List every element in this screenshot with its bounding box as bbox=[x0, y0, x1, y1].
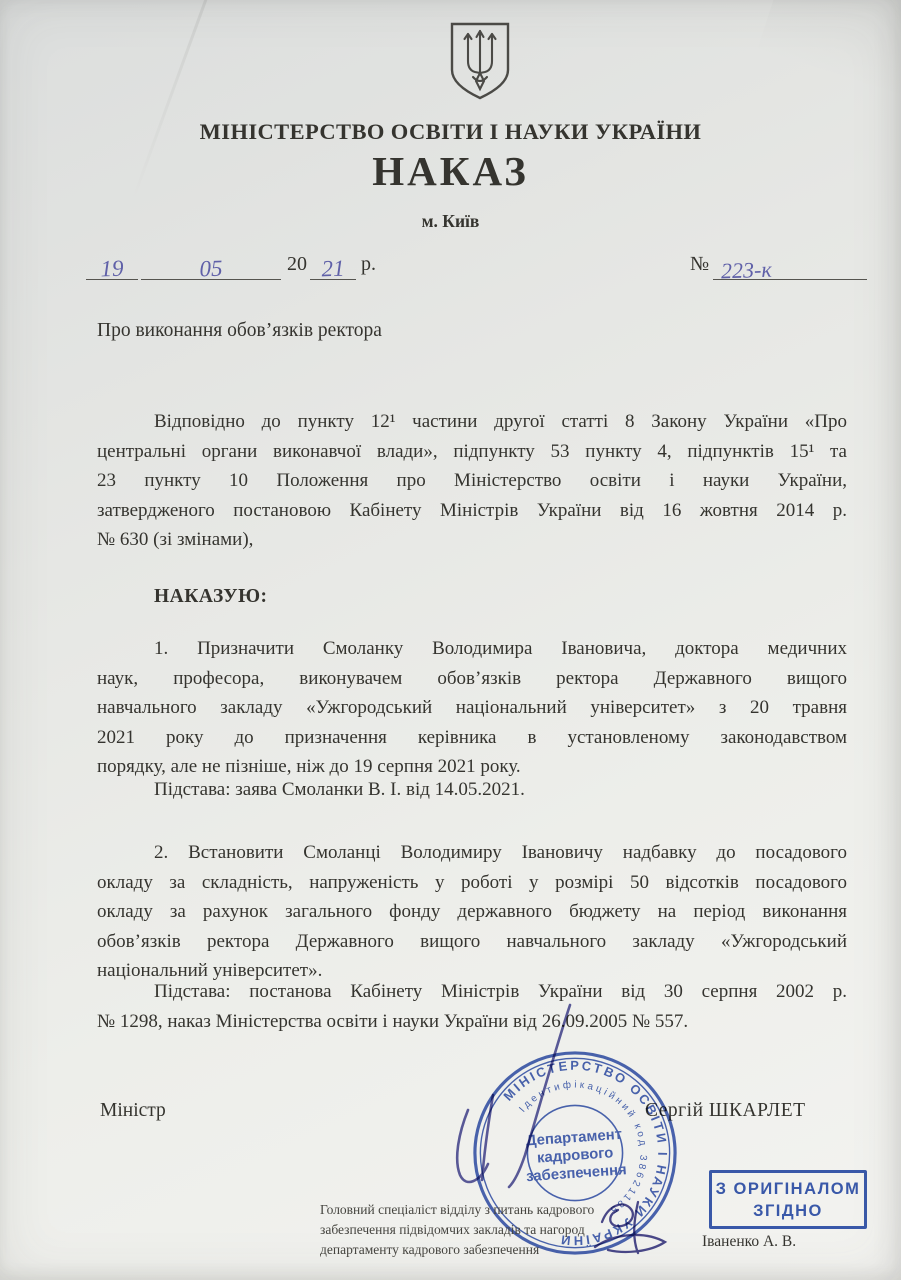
handwritten-day: 19 bbox=[86, 255, 139, 283]
certifier-name: Іваненко А. В. bbox=[702, 1233, 796, 1251]
point2-line: окладу за рахунок загального фонду держа… bbox=[97, 897, 847, 927]
month-blank-line: 05 bbox=[141, 247, 281, 280]
year-suffix: р. bbox=[361, 248, 376, 280]
preamble-paragraph: Відповідно до пункту 12¹ частини другої … bbox=[97, 407, 847, 555]
point2-line: 2. Встановити Смоланці Володимиру Іванов… bbox=[97, 838, 847, 868]
date-row: 19052021р. bbox=[86, 247, 376, 283]
ministry-name: МІНІСТЕРСТВО ОСВІТИ І НАУКИ УКРАЇНИ bbox=[0, 119, 901, 145]
scanned-order-document: МІНІСТЕРСТВО ОСВІТИ І НАУКИ УКРАЇНИ НАКА… bbox=[0, 0, 901, 1280]
certifier-title-line: департаменту кадрового забезпечення bbox=[320, 1240, 594, 1260]
certifier-title-line: Головний спеціаліст відділу з питань кад… bbox=[320, 1200, 594, 1220]
order-word: НАКАЗУЮ: bbox=[154, 586, 268, 608]
preamble-line: затвердженого постановою Кабінету Мініст… bbox=[97, 496, 847, 526]
preamble-line: № 630 (зі змінами), bbox=[97, 525, 847, 555]
subject-line: Про виконання обов’язків ректора bbox=[97, 320, 382, 342]
handwritten-year: 21 bbox=[310, 255, 357, 283]
point1-line: наук, професора, виконувачем обов’язків … bbox=[97, 664, 847, 694]
preamble-line: 23 пункту 10 Положення про Міністерство … bbox=[97, 466, 847, 496]
preamble-line: центральні органи виконавчої влади», під… bbox=[97, 437, 847, 467]
ukraine-trident-emblem-icon bbox=[447, 21, 513, 103]
year-blank-line: 21 bbox=[310, 247, 356, 280]
handwritten-order-number: 223-к bbox=[713, 253, 868, 284]
certifier-title: Головний спеціаліст відділу з питань кад… bbox=[320, 1200, 594, 1260]
order-point-2: 2. Встановити Смоланці Володимиру Іванов… bbox=[97, 838, 847, 986]
city-line: м. Київ bbox=[0, 211, 901, 232]
certifier-title-line: забезпечення підвідомчих закладів та наг… bbox=[320, 1220, 594, 1240]
preamble-line: Відповідно до пункту 12¹ частини другої … bbox=[97, 407, 847, 437]
point1-line: порядку, але не пізніше, ніж до 19 серпн… bbox=[97, 752, 847, 782]
order-point-1: 1. Призначити Смоланку Володимира Іванов… bbox=[97, 634, 847, 782]
basis-1: Підстава: заява Смоланки В. І. від 14.05… bbox=[154, 779, 525, 801]
point2-line: окладу за складність, напруженість у роб… bbox=[97, 868, 847, 898]
point1-line: навчального закладу «Ужгородський націон… bbox=[97, 693, 847, 723]
copy-stamp-line2: ЗГІДНО bbox=[712, 1200, 864, 1222]
copy-stamp-line1: З ОРИГІНАЛОМ bbox=[712, 1178, 864, 1200]
order-number-row: №223-к bbox=[690, 247, 867, 283]
number-sign: № bbox=[690, 248, 709, 280]
handwritten-month: 05 bbox=[141, 254, 282, 285]
certifier-signature bbox=[595, 1202, 665, 1253]
point1-line: 2021 року до призначення керівника в уст… bbox=[97, 723, 847, 753]
document-title: НАКАЗ bbox=[0, 147, 901, 195]
point1-line: 1. Призначити Смоланку Володимира Іванов… bbox=[97, 634, 847, 664]
year-prefix: 20 bbox=[287, 248, 307, 280]
day-blank-line: 19 bbox=[86, 247, 138, 280]
point2-line: обов’язків ректора Державного вищого нав… bbox=[97, 927, 847, 957]
number-blank-line: 223-к bbox=[713, 247, 867, 280]
minister-label: Міністр bbox=[100, 1100, 166, 1122]
certified-copy-stamp: З ОРИГІНАЛОМ ЗГІДНО bbox=[709, 1170, 867, 1229]
paper-crease bbox=[756, 0, 901, 102]
